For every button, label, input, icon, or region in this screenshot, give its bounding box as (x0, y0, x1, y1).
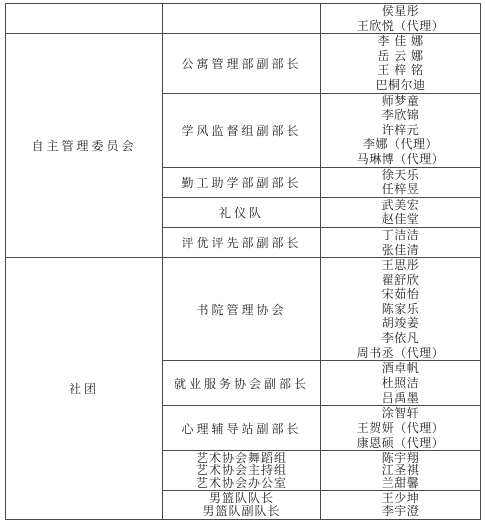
member-name: 武美宏 (321, 198, 480, 213)
position-cell: 学风监督组副部长 (163, 93, 321, 167)
position-cell-empty (163, 4, 321, 34)
position-cell: 书院管理协会 (163, 258, 321, 361)
member-name: 许梓元 (321, 123, 480, 138)
member-name: 岳 云 娜 (321, 49, 480, 64)
position-cell: 评优评先部副部长 (163, 227, 321, 257)
position-cell: 心理辅导站副部长 (163, 406, 321, 451)
names-cell: 李 佳 娜 岳 云 娜 王 梓 铭 巴桐尔迪 (321, 34, 481, 93)
names-cell: 王少坤 李宇澄 (321, 491, 481, 520)
member-name: 巴桐尔迪 (321, 78, 480, 93)
names-cell: 师梦童 李欣锦 许梓元 李娜（代理） 马琳博（代理） (321, 93, 481, 167)
names-cell: 侯星彤 王欣悦（代理） (321, 4, 481, 34)
names-cell: 陈宇翔 江圣祺 兰甜馨 (321, 451, 481, 491)
member-name: 马琳博（代理） (321, 152, 480, 167)
member-name: 王思彤 (321, 258, 480, 273)
category-cell-self-management: 自主管理委员会 (6, 34, 163, 258)
names-cell: 王思彤 翟舒欣 宋茹怡 陈家乐 胡竣姜 李依凡 周书丞（代理） (321, 258, 481, 361)
member-name: 陈家乐 (321, 302, 480, 317)
member-name: 李宇澄 (321, 505, 480, 518)
member-name: 杜照洁 (321, 376, 480, 391)
member-name: 侯星彤 (321, 4, 480, 19)
member-name: 张佳清 (321, 243, 480, 258)
position-cell-multi: 艺术协会舞蹈组 艺术协会主持组 艺术协会办公室 (163, 451, 321, 491)
names-cell: 丁洁洁 张佳清 (321, 227, 481, 257)
document-page: 侯星彤 王欣悦（代理） 自主管理委员会 公寓管理部副部长 李 佳 娜 岳 云 娜… (0, 0, 485, 521)
member-name: 赵佳堂 (321, 212, 480, 227)
member-name: 周书丞（代理） (321, 346, 480, 361)
member-name: 翟舒欣 (321, 273, 480, 288)
member-name: 胡竣姜 (321, 316, 480, 331)
position-label: 男篮队副队长 (163, 505, 320, 518)
names-cell: 徐天乐 任梓昱 (321, 167, 481, 197)
member-name: 王欣悦（代理） (321, 19, 480, 34)
position-cell: 就业服务协会副部长 (163, 361, 321, 406)
member-name: 酒卓帆 (321, 361, 480, 376)
position-cell-multi: 男篮队队长 男篮队副队长 (163, 491, 321, 520)
member-name: 丁洁洁 (321, 228, 480, 243)
member-name: 兰甜馨 (321, 477, 480, 490)
member-name: 吕禹墨 (321, 391, 480, 406)
member-name: 李依凡 (321, 331, 480, 346)
member-name: 宋茹怡 (321, 287, 480, 302)
member-name: 李欣锦 (321, 108, 480, 123)
position-label: 艺术协会办公室 (163, 477, 320, 490)
table-row-continuation: 侯星彤 王欣悦（代理） (6, 4, 481, 34)
member-name: 任梓昱 (321, 182, 480, 197)
member-name: 涂智轩 (321, 406, 480, 421)
position-cell: 勤工助学部副部长 (163, 167, 321, 197)
member-name: 李 佳 娜 (321, 34, 480, 49)
org-roster-table: 侯星彤 王欣悦（代理） 自主管理委员会 公寓管理部副部长 李 佳 娜 岳 云 娜… (5, 3, 481, 520)
member-name: 王贺妍（代理） (321, 421, 480, 436)
position-cell: 公寓管理部副部长 (163, 34, 321, 93)
table-row: 社团 书院管理协会 王思彤 翟舒欣 宋茹怡 陈家乐 胡竣姜 李依凡 周书丞（代理… (6, 258, 481, 361)
member-name: 李娜（代理） (321, 137, 480, 152)
member-name: 徐天乐 (321, 168, 480, 183)
category-cell-empty (6, 4, 163, 34)
table-row: 自主管理委员会 公寓管理部副部长 李 佳 娜 岳 云 娜 王 梓 铭 巴桐尔迪 (6, 34, 481, 93)
member-name: 师梦童 (321, 94, 480, 109)
names-cell: 涂智轩 王贺妍（代理） 康恩硕（代理） (321, 406, 481, 451)
names-cell: 武美宏 赵佳堂 (321, 197, 481, 227)
member-name: 王 梓 铭 (321, 63, 480, 78)
category-cell-clubs: 社团 (6, 258, 163, 520)
member-name: 康恩硕（代理） (321, 436, 480, 451)
names-cell: 酒卓帆 杜照洁 吕禹墨 (321, 361, 481, 406)
position-cell: 礼仪队 (163, 197, 321, 227)
